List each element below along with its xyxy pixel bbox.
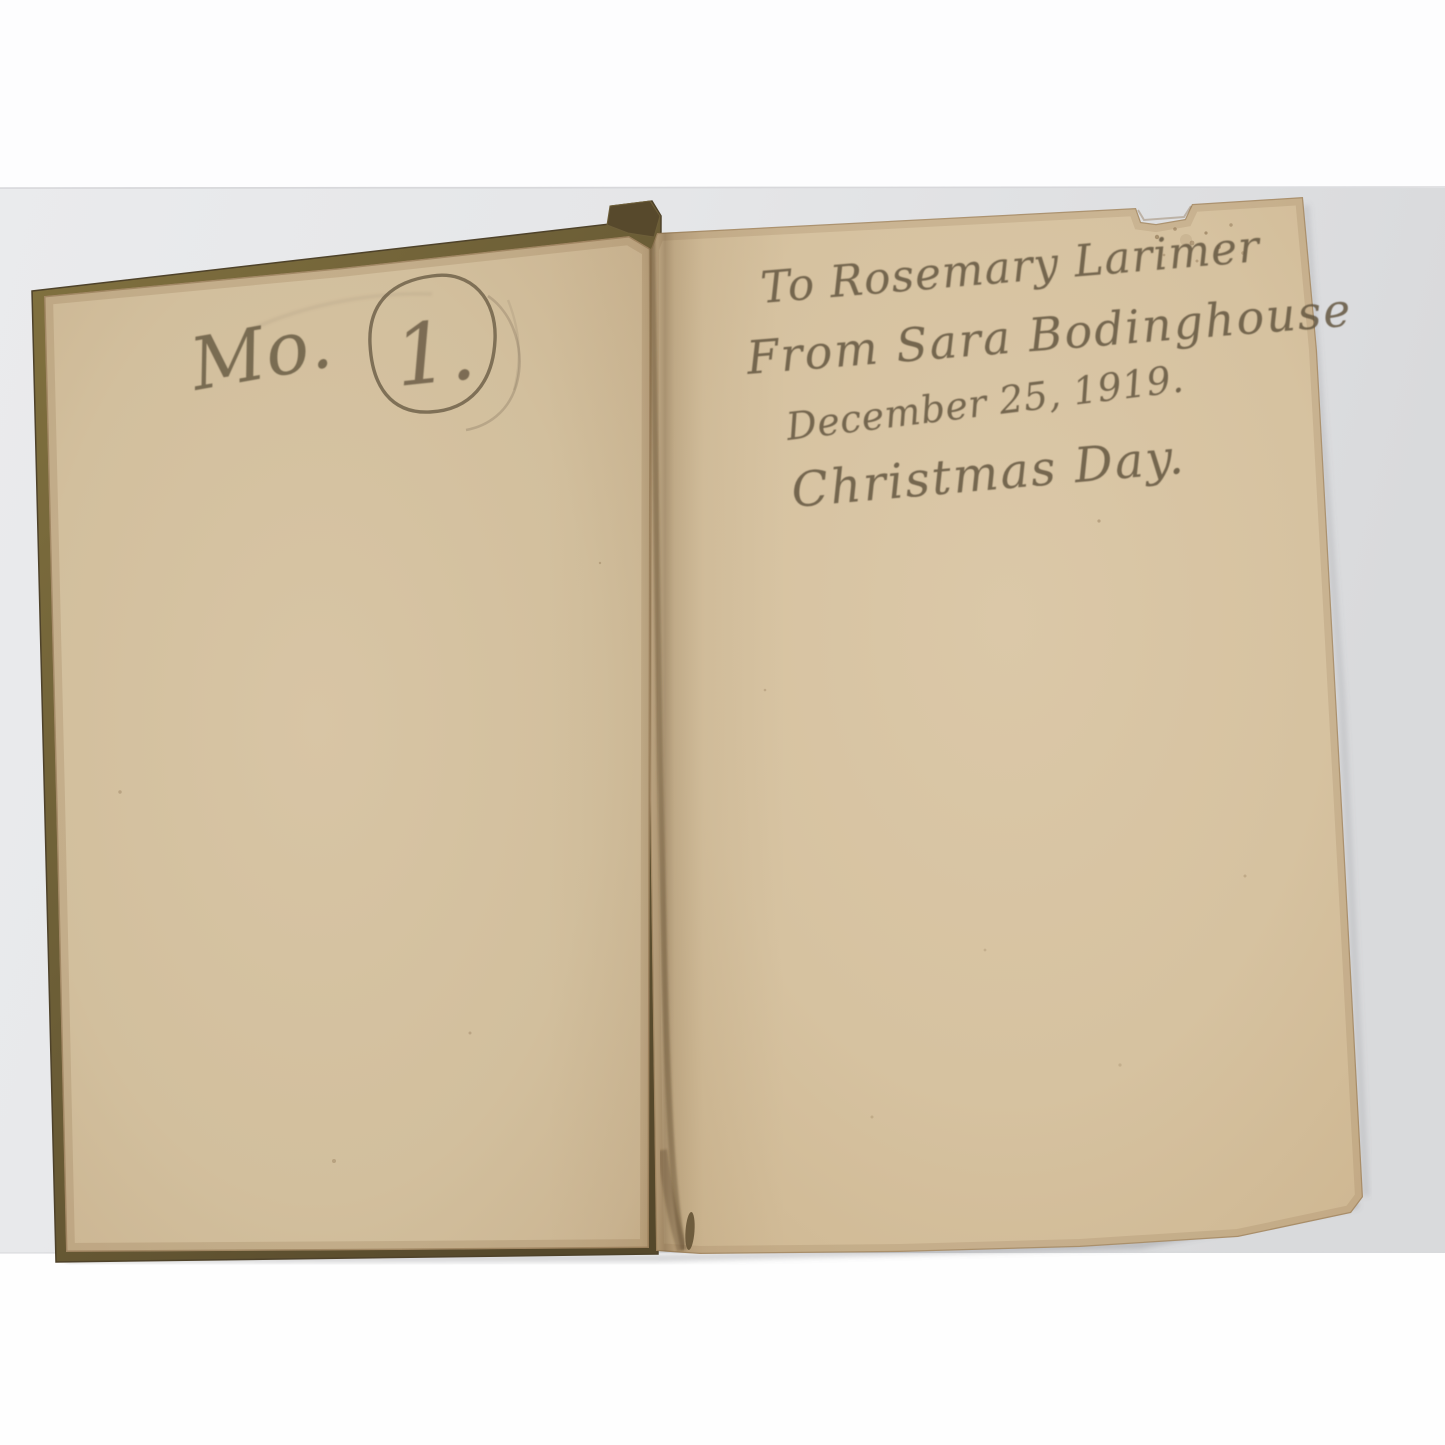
backdrop-seam-top xyxy=(0,187,1445,188)
circled-number: 1. xyxy=(390,300,480,406)
backdrop-bottom-white xyxy=(0,1253,1445,1445)
photo-canvas: Mo. 1. To Rosemary Larimer From Sara Bod… xyxy=(0,0,1445,1445)
book-photo: Mo. 1. To Rosemary Larimer From Sara Bod… xyxy=(0,0,1445,1445)
